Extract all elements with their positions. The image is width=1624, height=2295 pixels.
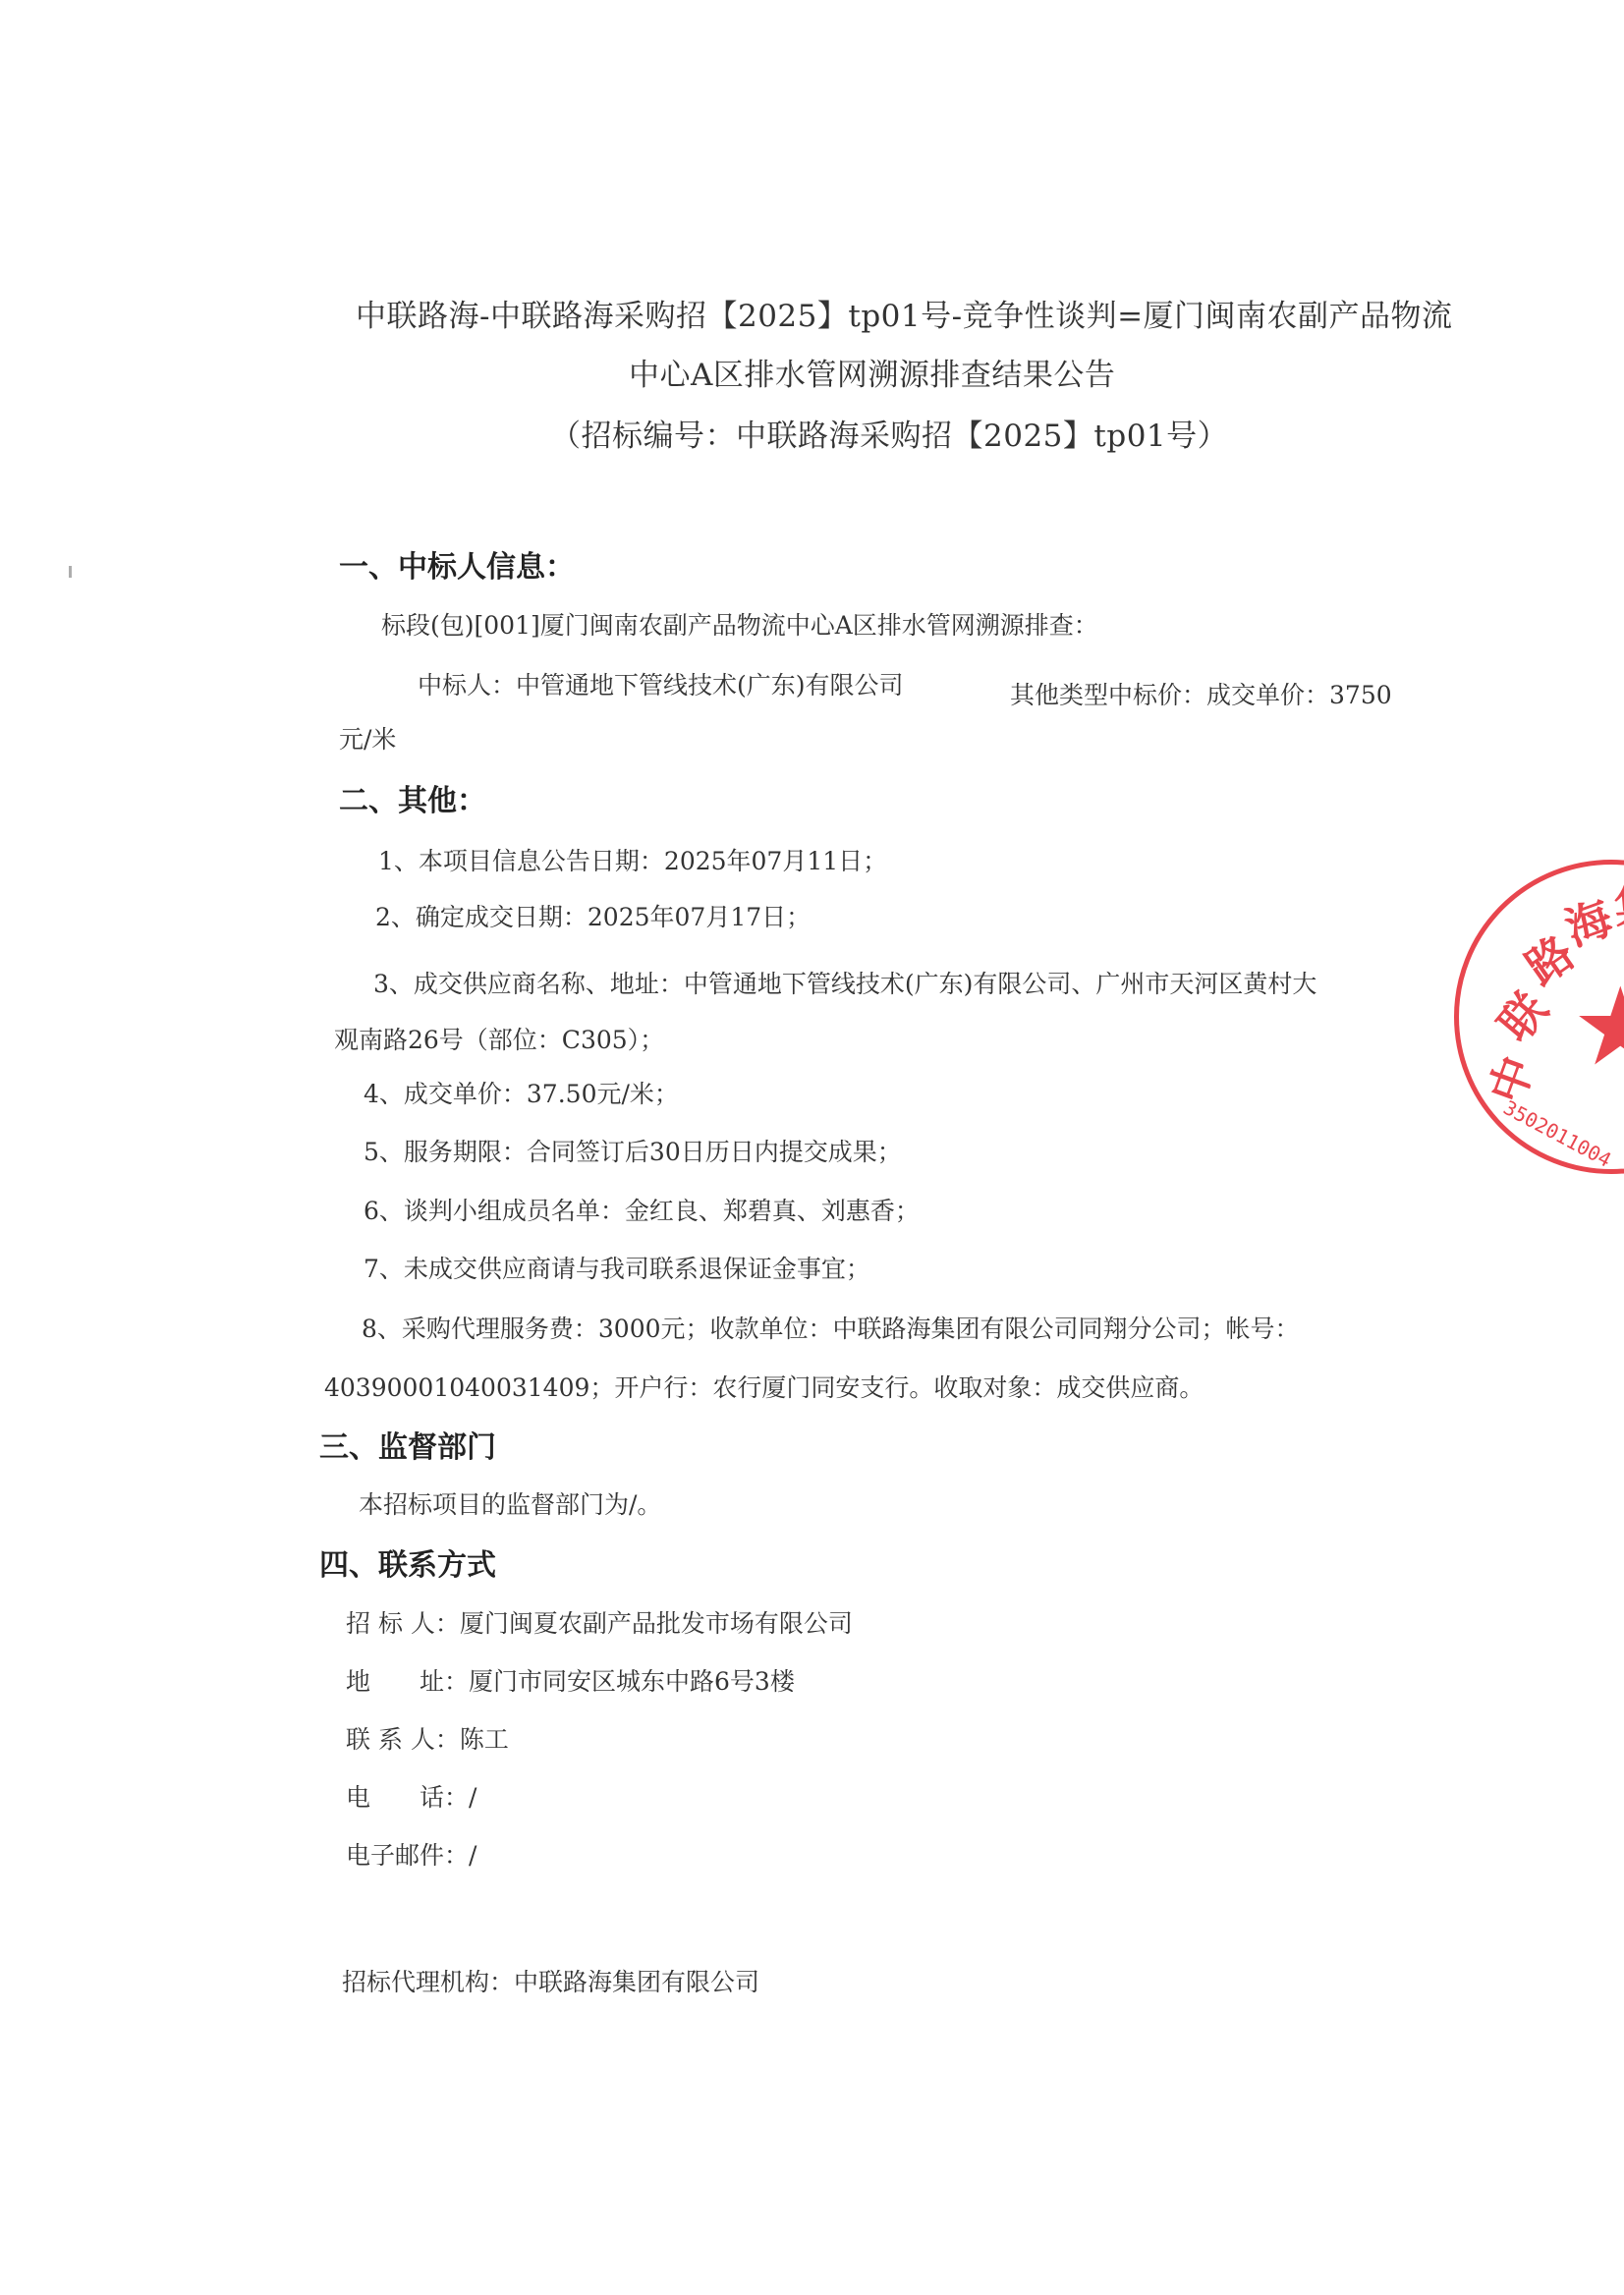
contact-value: /: [469, 1783, 476, 1812]
contact-label: 电子邮件：: [346, 1841, 469, 1870]
other-item-3: 3、成交供应商名称、地址：中管通地下管线技术(广东)有限公司、广州市天河区黄村大: [373, 965, 1316, 1000]
winner-line: 中标人：中管通地下管线技术(广东)有限公司: [418, 666, 904, 701]
contact-label: 电 话：: [346, 1783, 469, 1812]
winner-price: 其他类型中标价：成交单价：3750: [1010, 676, 1392, 711]
section-4-heading: 四、联系方式: [319, 1540, 496, 1584]
other-item-3-cont: 观南路26号（部位：C305）；: [334, 1021, 664, 1056]
contact-row-tenderer: 招 标 人：厦门闽夏农副产品批发市场有限公司: [346, 1604, 853, 1640]
title-line-3: （招标编号：中联路海采购招【2025】tp01号）: [550, 411, 1228, 455]
other-item-8-cont: 40390001040031409；开户行：农行厦门同安支行。收取对象：成交供应…: [324, 1369, 1204, 1404]
title-line-1: 中联路海-中联路海采购招【2025】tp01号-竞争性谈判=厦门闽南农副产品物流: [356, 291, 1453, 335]
winner-price-unit: 元/米: [339, 720, 396, 756]
contact-row-phone: 电 话：/: [346, 1778, 476, 1814]
contact-value: 陈工: [460, 1725, 509, 1754]
contact-label: 联 系 人：: [346, 1725, 460, 1754]
other-item-7: 7、未成交供应商请与我司联系退保证金事宜；: [364, 1250, 870, 1285]
seal-star-icon: ★: [1572, 973, 1624, 1081]
official-seal: ★ 中 联 路 海 集 3502011004: [1454, 860, 1624, 1174]
other-item-5: 5、服务期限：合同签订后30日历日内提交成果；: [364, 1133, 902, 1168]
supervision-text: 本招标项目的监督部门为/。: [359, 1485, 661, 1521]
contact-row-email: 电子邮件：/: [346, 1836, 476, 1872]
section-3-heading: 三、监督部门: [319, 1423, 496, 1466]
contact-value: 厦门市同安区城东中路6号3楼: [469, 1667, 795, 1696]
contact-value: 厦门闽夏农副产品批发市场有限公司: [460, 1609, 853, 1638]
contact-value: /: [469, 1841, 476, 1870]
other-item-8: 8、采购代理服务费：3000元；收款单位：中联路海集团有限公司同翔分公司；帐号：: [362, 1310, 1300, 1345]
seal-code: 3502011004: [1499, 1095, 1615, 1172]
document-page: 中联路海-中联路海采购招【2025】tp01号-竞争性谈判=厦门闽南农副产品物流…: [0, 0, 1624, 2295]
contact-label: 地 址：: [346, 1667, 469, 1696]
other-item-1: 1、本项目信息公告日期：2025年07月11日；: [378, 842, 887, 877]
section-1-heading: 一、中标人信息：: [339, 542, 575, 586]
contact-row-person: 联 系 人：陈工: [346, 1720, 509, 1756]
contact-row-address: 地 址：厦门市同安区城东中路6号3楼: [346, 1662, 795, 1698]
other-item-6: 6、谈判小组成员名单：金红良、郑碧真、刘惠香；: [364, 1192, 920, 1227]
other-item-4: 4、成交单价：37.50元/米；: [364, 1075, 679, 1110]
other-item-2: 2、确定成交日期：2025年07月17日；: [375, 898, 811, 933]
lot-line: 标段(包)[001]厦门闽南农副产品物流中心A区排水管网溯源排查：: [381, 606, 1098, 642]
agency-line: 招标代理机构：中联路海集团有限公司: [342, 1963, 759, 1998]
title-line-2: 中心A区排水管网溯源排查结果公告: [629, 350, 1115, 394]
scan-speck: [69, 566, 72, 578]
section-2-heading: 二、其他：: [339, 776, 486, 819]
contact-label: 招 标 人：: [346, 1609, 460, 1638]
